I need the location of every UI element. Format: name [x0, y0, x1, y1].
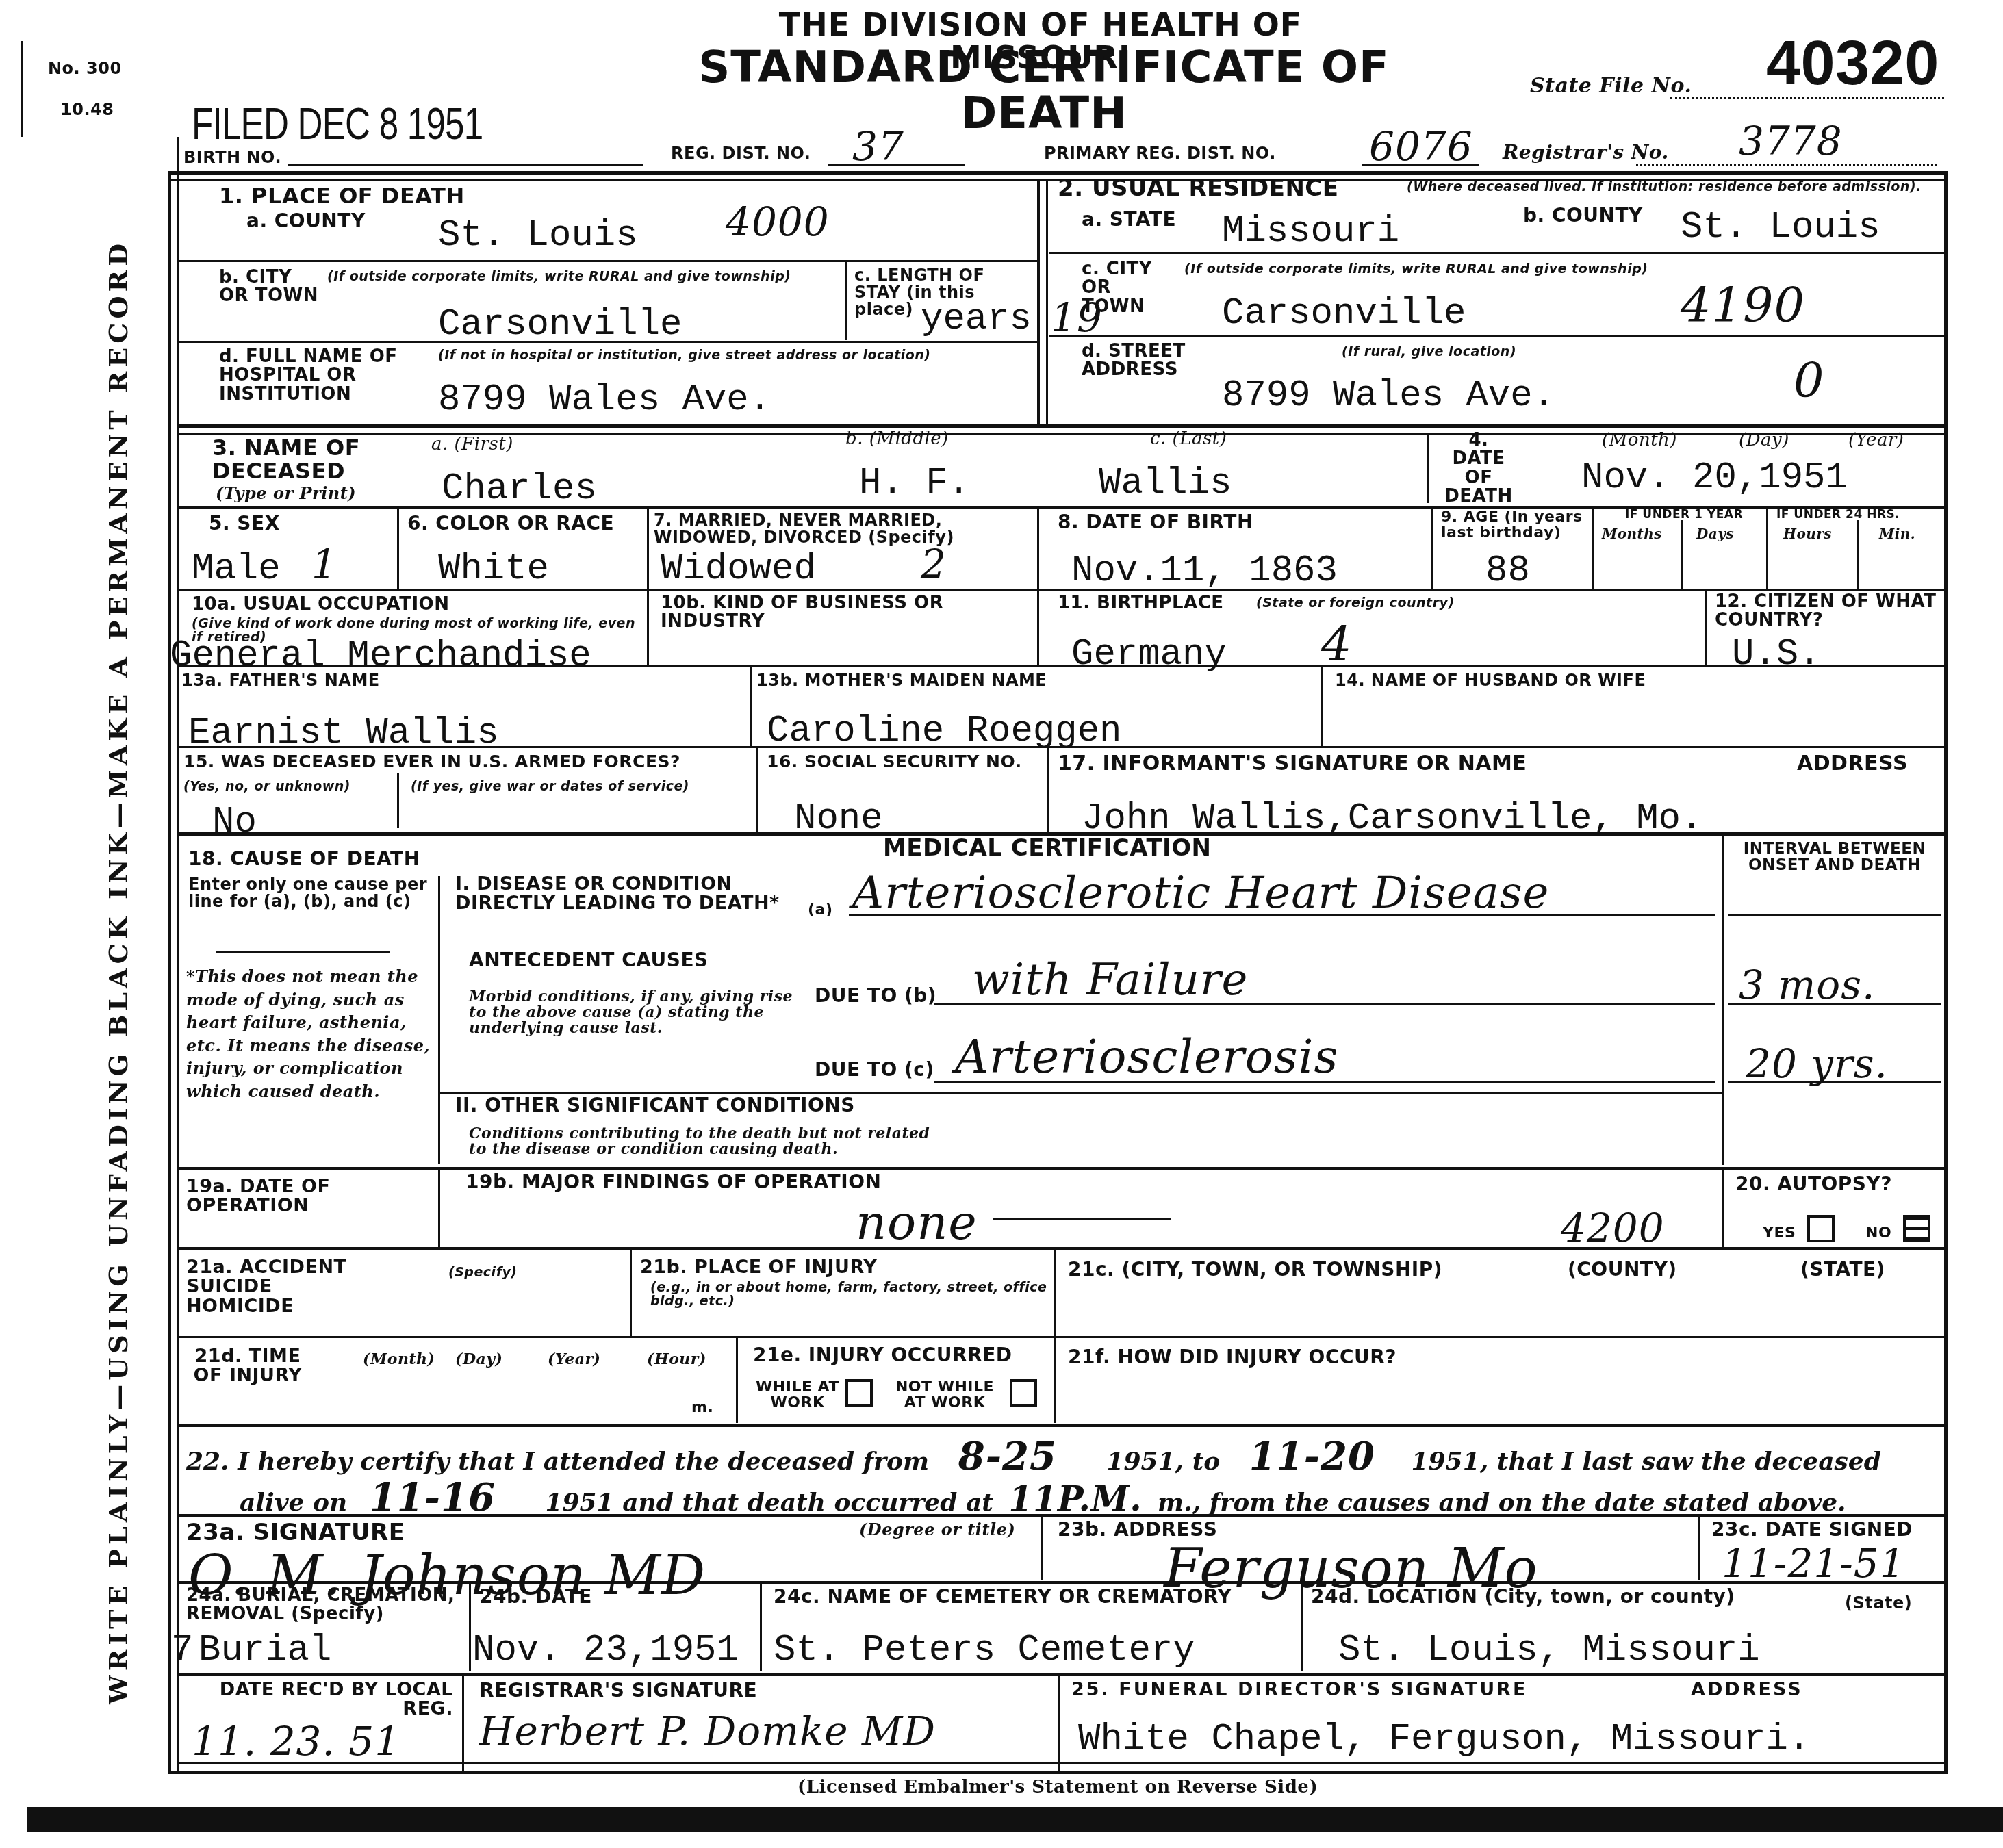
burial-type-code: 7	[171, 1632, 193, 1669]
res-street-note: (If rural, give location)	[1342, 346, 1516, 359]
pod-stay-value: years	[921, 301, 1032, 338]
certify-time: 11P.M.	[1008, 1478, 1142, 1519]
sex-divider	[397, 508, 399, 589]
registrar-sig-label: REGISTRAR'S SIGNATURE	[479, 1680, 757, 1700]
informant-divider	[1047, 747, 1049, 833]
res-rule-a	[1049, 252, 1948, 254]
row-rule-7	[179, 746, 1948, 748]
res-city-label: c. CITY OR TOWN	[1082, 260, 1177, 316]
antecedent-note: Morbid conditions, if any, giving rise t…	[469, 989, 811, 1036]
cemetery-value: St. Peters Cemetery	[774, 1632, 1195, 1669]
injury-month-label: (Month)	[363, 1352, 435, 1368]
dob-value: Nov.11, 1863	[1071, 553, 1338, 590]
not-while-at-work-label: NOT WHILE AT WORK	[890, 1379, 999, 1411]
date-recd-value: 11. 23. 51	[192, 1718, 400, 1764]
row-rule-5	[179, 589, 647, 591]
bottom-inner-rule	[179, 1762, 1948, 1764]
autopsy-yes-label: YES	[1763, 1225, 1796, 1241]
row-rule-19	[179, 1167, 1948, 1170]
dod-day-label: (Day)	[1739, 431, 1789, 450]
injury-time-label: 21d. TIME OF INJURY	[186, 1347, 309, 1386]
pod-rule-b	[179, 341, 1037, 343]
months-label: Months	[1602, 527, 1662, 541]
pod-county-value: St. Louis	[438, 218, 638, 255]
primary-reg-dist-label: PRIMARY REG. DIST. NO.	[1044, 145, 1276, 162]
operation-divider	[438, 1168, 440, 1247]
injury-state-label: (STATE)	[1800, 1259, 1885, 1279]
certify-mid: and that death occurred at	[622, 1488, 993, 1517]
burial-date-value: Nov. 23,1951	[472, 1632, 739, 1669]
other-conditions-label: II. OTHER SIGNIFICANT CONDITIONS	[455, 1095, 855, 1115]
due-to-b-label: DUE TO (b)	[815, 986, 936, 1005]
res-rule-b	[1049, 335, 1948, 337]
dob-divider	[1431, 508, 1433, 589]
residence-note: (Where deceased lived. If institution: r…	[1407, 181, 1941, 194]
injury-time-divider	[736, 1337, 738, 1423]
min-label: Min.	[1879, 527, 1915, 541]
pod-county-label: a. COUNTY	[246, 211, 366, 231]
injury-hour-label: (Hour)	[647, 1352, 706, 1368]
reg-dist-value: 37	[852, 123, 904, 170]
dod-divider	[1427, 435, 1429, 503]
degree-label: (Degree or title)	[859, 1521, 1015, 1538]
res-street-value: 8799 Wales Ave.	[1222, 378, 1555, 415]
antecedent-label: ANTECEDENT CAUSES	[469, 950, 709, 970]
operation-date-label: 19a. DATE OF OPERATION	[186, 1177, 426, 1216]
father-label: 13a. FATHER'S NAME	[181, 672, 380, 689]
days-divider	[1766, 508, 1768, 589]
scan-edge-bar	[27, 1807, 2003, 1832]
certify-to-date: 11-20	[1249, 1434, 1375, 1479]
marital-bottom-rule	[647, 589, 1037, 591]
funeral-address-label: ADDRESS	[1691, 1680, 1803, 1699]
divider-1-2	[1037, 179, 1040, 426]
while-at-work-checkbox[interactable]	[845, 1379, 873, 1407]
birthplace-code: 4	[1321, 616, 1353, 672]
margin-number: No. 300	[48, 60, 122, 77]
ssn-divider	[756, 747, 758, 833]
ssn-label: 16. SOCIAL SECURITY NO.	[767, 753, 1041, 771]
line-a-value: Arteriosclerotic Heart Disease	[852, 868, 1549, 919]
age-value: 88	[1485, 553, 1530, 590]
burial-date-label: 24b. DATE	[479, 1587, 592, 1606]
interval-a-rule	[1728, 914, 1941, 916]
cause-divider	[438, 876, 440, 1164]
margin-instruction: WRITE PLAINLY—USING UNFADING BLACK INK—M…	[103, 240, 133, 1704]
business-label: 10b. KIND OF BUSINESS OR INDUSTRY	[661, 594, 1030, 632]
pod-hospital-note: (If not in hospital or institution, give…	[438, 349, 1027, 363]
certify-last-seen-year: 1951	[545, 1488, 613, 1517]
row-rule-22	[179, 1424, 1948, 1427]
reg-dist-label: REG. DIST. NO.	[671, 145, 811, 162]
certify-prefix: 22. I hereby certify that I attended the…	[186, 1447, 929, 1476]
res-county-label: b. COUNTY	[1523, 205, 1643, 225]
marital-value: Widowed	[661, 551, 816, 588]
injury-how-label: 21f. HOW DID INJURY OCCUR?	[1068, 1347, 1396, 1367]
reg-dist-underline	[828, 164, 965, 166]
pod-county-code: 4000	[726, 198, 830, 245]
dob-label: 8. DATE OF BIRTH	[1058, 512, 1253, 532]
certify-line-1: 22. I hereby certify that I attended the…	[186, 1434, 1881, 1479]
certify-alive-on: alive on	[240, 1488, 347, 1517]
middle-value: H. F.	[859, 465, 970, 502]
disease-label: I. DISEASE OR CONDITION DIRECTLY LEADING…	[455, 875, 784, 914]
age-label: 9. AGE (In years last birthday)	[1441, 509, 1585, 541]
sex-label: 5. SEX	[209, 513, 280, 533]
days-label: Days	[1696, 527, 1734, 541]
occupation-value: General Merchandise	[170, 638, 591, 675]
age-divider	[1592, 508, 1594, 589]
other-conditions-note: Conditions contributing to the death but…	[469, 1126, 948, 1157]
res-city-value: Carsonville	[1222, 296, 1466, 333]
burial-location-label: 24d. LOCATION (City, town, or county)	[1311, 1587, 1735, 1606]
under-day-label: IF UNDER 24 HRS.	[1776, 509, 1941, 522]
margin-rule	[21, 41, 23, 137]
funeral-director-label: 25. FUNERAL DIRECTOR'S SIGNATURE	[1071, 1680, 1527, 1699]
cemetery-divider	[1301, 1582, 1303, 1671]
primary-reg-dist-underline	[1362, 164, 1479, 166]
injury-place-label: 21b. PLACE OF INJURY	[640, 1258, 877, 1277]
line-a-label: (a)	[808, 902, 832, 918]
certify-to-label: to	[1192, 1447, 1221, 1476]
dod-year-label: (Year)	[1848, 431, 1904, 450]
medical-heading: MEDICAL CERTIFICATION	[883, 836, 1212, 861]
certify-from-year: 1951	[1106, 1447, 1175, 1476]
burial-date-divider	[760, 1582, 762, 1671]
date-signed-label: 23c. DATE SIGNED	[1711, 1519, 1913, 1539]
injury-place-note: (e.g., in or about home, farm, factory, …	[650, 1281, 1054, 1309]
due-to-c-label: DUE TO (c)	[815, 1060, 934, 1079]
injury-city-label: 21c. (CITY, TOWN, OR TOWNSHIP)	[1068, 1259, 1442, 1279]
autopsy-no-checkbox[interactable]	[1903, 1215, 1930, 1242]
row-rule-23	[179, 1514, 1948, 1517]
dod-month-label: (Month)	[1602, 431, 1677, 450]
pod-city-label: b. CITY OR TOWN	[219, 268, 322, 306]
injury-day-label: (Day)	[455, 1352, 502, 1368]
signature-label: 23a. SIGNATURE	[186, 1521, 405, 1545]
injury-occurred-label: 21e. INJURY OCCURRED	[753, 1345, 1012, 1365]
operation-findings-rule	[993, 1218, 1171, 1220]
state-file-number: 40320	[1766, 31, 1939, 97]
spouse-label: 14. NAME OF HUSBAND OR WIFE	[1335, 672, 1646, 689]
interval-b-rule	[1728, 1003, 1941, 1005]
line-c-value: Arteriosclerosis	[955, 1030, 1338, 1084]
burial-state-label: (State)	[1845, 1595, 1912, 1612]
name-note: (Type or Print)	[216, 485, 356, 502]
under-year-label: IF UNDER 1 YEAR	[1598, 509, 1770, 522]
interval-c-rule	[1728, 1081, 1941, 1083]
cause-note: Enter only one cause per line for (a), (…	[188, 876, 442, 910]
mother-label: 13b. MOTHER'S MAIDEN NAME	[756, 672, 1047, 689]
res-street-label: d. STREET ADDRESS	[1082, 342, 1219, 380]
burial-location-value: St. Louis, Missouri	[1338, 1632, 1760, 1669]
while-at-work-label: WHILE AT WORK	[753, 1379, 842, 1411]
line-b-rule	[934, 1003, 1715, 1005]
armed-forces-note1: (Yes, no, or unknown)	[183, 780, 350, 794]
filed-stamp: FILED DEC 8 1951	[192, 101, 483, 147]
pod-hospital-label: d. FULL NAME OF HOSPITAL OR INSTITUTION	[219, 348, 424, 404]
pod-city-note: (If outside corporate limits, write RURA…	[327, 270, 820, 284]
place-of-death-label: 1. PLACE OF DEATH	[219, 185, 465, 208]
line-b-interval: 3 mos.	[1739, 962, 1875, 1008]
registrar-signature: Herbert P. Domke MD	[479, 1708, 936, 1754]
form-title: STANDARD CERTIFICATE OF DEATH	[671, 45, 1417, 137]
registrar-no-underline	[1636, 164, 1937, 166]
line-c-interval: 20 yrs.	[1746, 1040, 1888, 1087]
first-value: Charles	[442, 471, 597, 508]
line-a-rule	[849, 914, 1715, 916]
divider-1-2b	[1046, 179, 1048, 426]
row-rule-24	[179, 1581, 1948, 1584]
pod-city-value: Carsonville	[438, 307, 682, 344]
birthplace-value: Germany	[1071, 637, 1227, 673]
residence-label: 2. USUAL RESIDENCE	[1058, 177, 1339, 201]
row-rule-5r	[1037, 589, 1948, 591]
autopsy-yes-checkbox[interactable]	[1807, 1215, 1835, 1242]
birth-no-underline	[288, 164, 643, 166]
certify-suffix-2: m., from the causes and on the date stat…	[1158, 1488, 1846, 1517]
autopsy-divider	[1722, 1168, 1724, 1247]
sex-code: 1	[311, 541, 337, 587]
mother-value: Caroline Roeggen	[767, 713, 1121, 750]
registrar-no-label: Registrar's No.	[1503, 142, 1669, 162]
row-rule-6	[179, 665, 1948, 667]
marital-code: 2	[921, 541, 947, 587]
last-label: c. (Last)	[1150, 430, 1227, 448]
row-rule-25	[179, 1673, 1948, 1676]
armed-forces-divider	[397, 773, 399, 828]
registrar-no-value: 3778	[1739, 118, 1843, 164]
citizen-label: 12. CITIZEN OF WHAT COUNTRY?	[1715, 593, 1941, 630]
sex-value: Male	[192, 551, 281, 588]
birth-no-label: BIRTH NO.	[183, 149, 281, 166]
date-signed-divider	[1698, 1515, 1700, 1580]
certify-suffix: that I last saw the deceased	[1497, 1447, 1881, 1476]
accident-label: 21a. ACCIDENT SUICIDE HOMICIDE	[186, 1258, 364, 1316]
race-value: White	[438, 551, 549, 588]
cause-note-rule	[216, 951, 390, 953]
cause-label: 18. CAUSE OF DEATH	[188, 849, 420, 869]
date-signed-value: 11-21-51	[1722, 1540, 1906, 1587]
months-divider	[1681, 520, 1683, 589]
frame-inner-left	[177, 137, 179, 1773]
injury-county-label: (COUNTY)	[1568, 1259, 1677, 1279]
pod-rule-a	[179, 260, 1037, 262]
margin-number-sub: 10.48	[60, 101, 114, 118]
funeral-director-value: White Chapel, Ferguson, Missouri.	[1078, 1721, 1810, 1758]
state-file-label: State File No.	[1530, 75, 1692, 97]
interval-divider	[1722, 836, 1724, 1165]
signature-divider	[1041, 1515, 1043, 1580]
interval-label: INTERVAL BETWEEN ONSET AND DEATH	[1728, 840, 1941, 873]
res-county-value: St. Louis	[1681, 209, 1880, 246]
res-city-code: 4190	[1681, 277, 1805, 333]
res-state-label: a. STATE	[1082, 209, 1176, 229]
line-b-value: with Failure	[972, 955, 1248, 1005]
pod-hospital-value: 8799 Wales Ave.	[438, 382, 771, 419]
section-rule-3	[179, 424, 1948, 428]
date-recd-divider	[462, 1675, 464, 1771]
informant-address-label: ADDRESS	[1797, 753, 1908, 775]
certify-from-date: 8-25	[958, 1434, 1057, 1479]
operation-findings-label: 19b. MAJOR FINDINGS OF OPERATION	[465, 1172, 881, 1192]
not-while-at-work-checkbox[interactable]	[1010, 1379, 1037, 1407]
res-city-note: (If outside corporate limits, write RURA…	[1184, 263, 1800, 277]
operation-findings-value: none	[856, 1194, 978, 1250]
row-rule-21	[179, 1247, 1948, 1250]
citizen-divider	[1705, 590, 1707, 665]
registrar-divider	[1058, 1675, 1060, 1771]
autopsy-no-label: NO	[1865, 1225, 1891, 1241]
last-value: Wallis	[1099, 465, 1232, 502]
cause-footnote: *This does not mean the mode of dying, s…	[186, 965, 439, 1103]
certify-to-year: 1951	[1412, 1447, 1480, 1476]
dod-label: 4. DATE OF DEATH	[1444, 431, 1513, 506]
autopsy-label: 20. AUTOPSY?	[1735, 1174, 1892, 1194]
embalmer-note: (Licensed Embalmer's Statement on Revers…	[798, 1778, 1318, 1797]
burial-type-label: 24a. BURIAL, CREMATION, REMOVAL (Specify…	[186, 1587, 460, 1624]
armed-forces-note2: (If yes, give war or dates of service)	[411, 780, 689, 794]
accident-specify-label: (Specify)	[448, 1266, 517, 1280]
injury-m-label: m.	[691, 1400, 713, 1415]
line-c-rule	[934, 1081, 1715, 1083]
hours-label: Hours	[1783, 527, 1832, 541]
citizen-value: U.S.	[1732, 637, 1821, 673]
race-divider	[647, 508, 649, 665]
res-street-code: 0	[1794, 352, 1825, 409]
pod-stay-divider	[845, 261, 847, 340]
row-rule-21d	[179, 1336, 1948, 1338]
middle-label: b. (Middle)	[845, 430, 949, 448]
first-label: a. (First)	[431, 435, 513, 454]
burial-type-divider	[469, 1582, 471, 1671]
burial-type-value: Burial	[199, 1632, 331, 1669]
marital-divider	[1037, 508, 1039, 665]
birthplace-note: (State or foreign country)	[1256, 597, 1455, 611]
hours-divider	[1857, 520, 1859, 589]
marital-label: 7. MARRIED, NEVER MARRIED, WIDOWED, DIVO…	[654, 512, 1017, 546]
cemetery-label: 24c. NAME OF CEMETERY OR CREMATORY	[774, 1587, 1232, 1606]
operation-code: 4200	[1561, 1205, 1665, 1251]
accident-divider	[630, 1248, 632, 1336]
primary-reg-dist-value: 6076	[1369, 123, 1473, 170]
birthplace-label: 11. BIRTHPLACE	[1058, 594, 1224, 613]
mother-divider	[1321, 667, 1323, 746]
name-label: 3. NAME OF DECEASED	[212, 437, 377, 483]
race-label: 6. COLOR OR RACE	[407, 513, 614, 533]
injury-year-label: (Year)	[548, 1352, 600, 1368]
date-recd-label: DATE REC'D BY LOCAL REG.	[186, 1680, 453, 1719]
armed-forces-label: 15. WAS DECEASED EVER IN U.S. ARMED FORC…	[183, 753, 680, 771]
father-divider	[750, 667, 752, 746]
occupation-label: 10a. USUAL OCCUPATION	[192, 595, 449, 614]
dod-value: Nov. 20,1951	[1581, 460, 1848, 497]
informant-label: 17. INFORMANT'S SIGNATURE OR NAME	[1058, 753, 1527, 775]
res-state-value: Missouri	[1222, 214, 1399, 251]
